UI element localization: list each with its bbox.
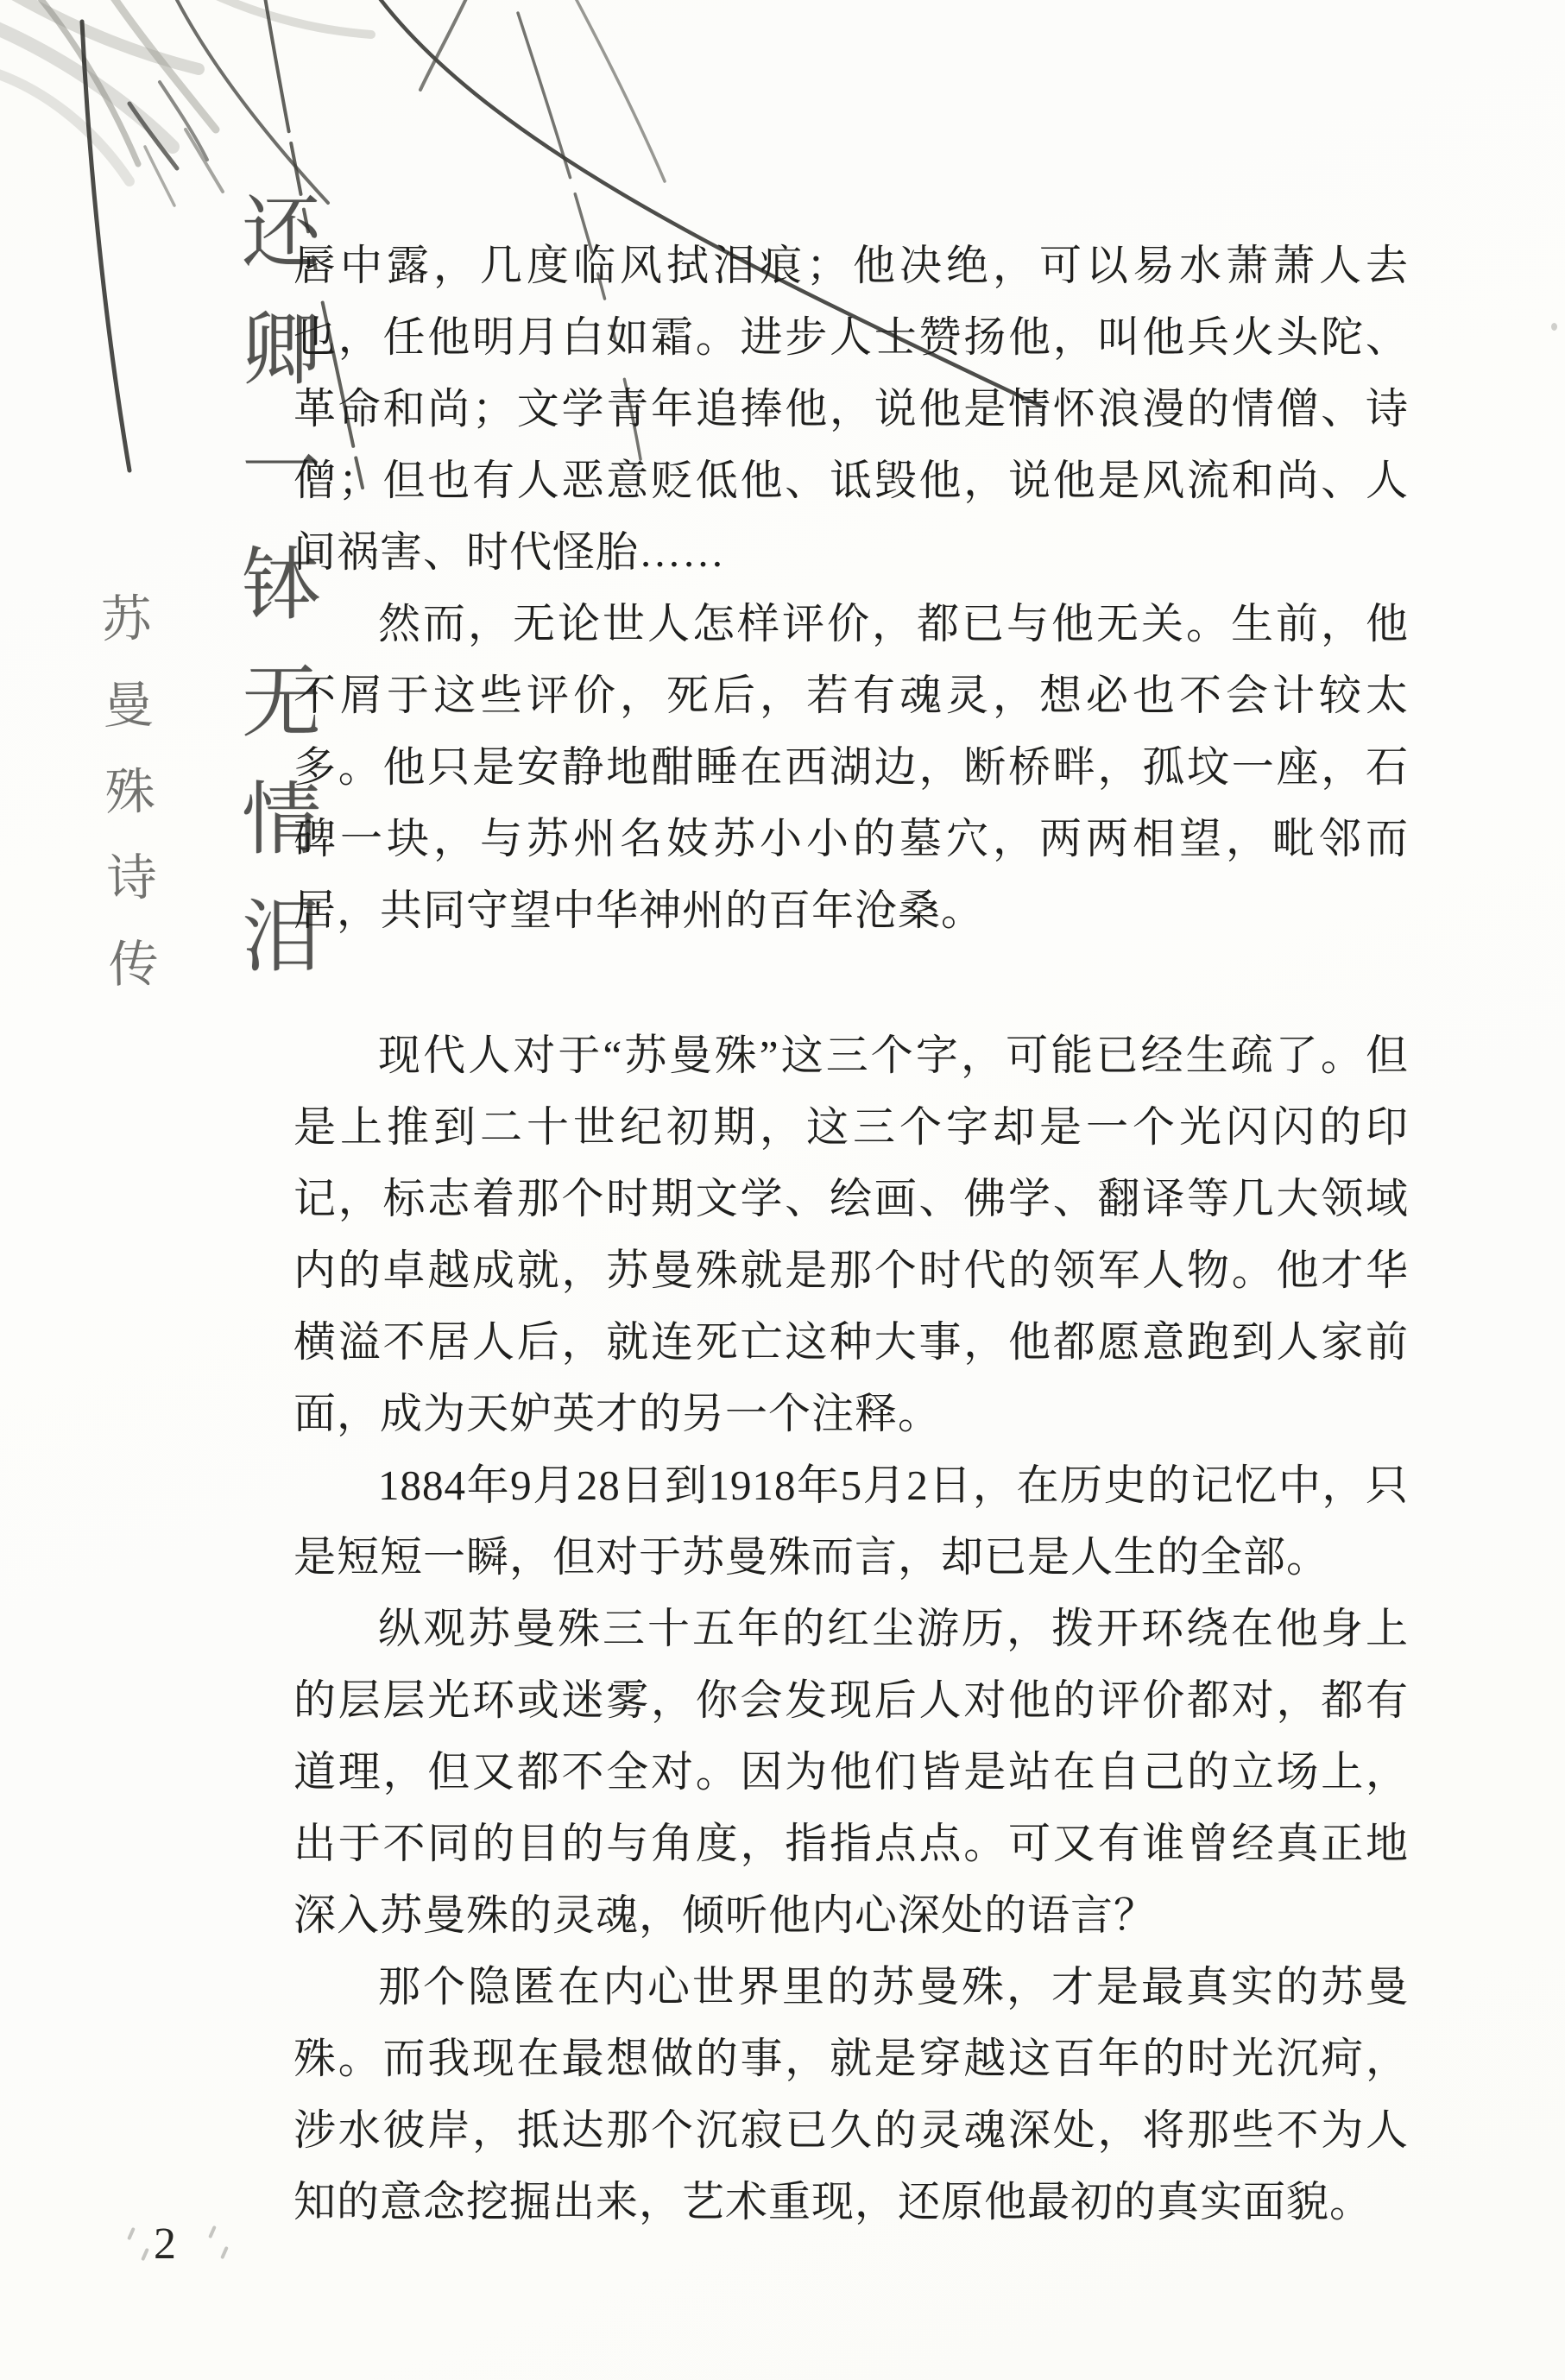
ink-fleck (220, 2246, 229, 2259)
ink-fleck (208, 2225, 217, 2238)
book-subtitle-calligraphy: 苏曼殊诗传 (82, 591, 168, 1025)
page-number: 2 (154, 2219, 176, 2270)
paragraph: 现代人对于“苏曼殊”这三个字，可能已经生疏了。但是上推到二十世纪初期，这三个字却… (293, 1020, 1409, 1449)
paragraph: 唇中露，几度临风拭泪痕；他决绝，可以易水萧萧人去也，任他明月白如霜。进步人士赞扬… (293, 230, 1409, 588)
paragraph: 那个隐匿在内心世界里的苏曼殊，才是最真实的苏曼殊。而我现在最想做的事，就是穿越这… (293, 1951, 1409, 2238)
book-page: 还卿一钵无情泪 苏曼殊诗传 唇中露，几度临风拭泪痕；他决绝，可以易水萧萧人去也，… (0, 0, 1565, 2380)
ink-fleck (141, 2248, 149, 2261)
paragraph: 纵观苏曼殊三十五年的红尘游历，拨开环绕在他身上的层层光环或迷雾，你会发现后人对他… (293, 1593, 1409, 1951)
body-text: 唇中露，几度临风拭泪痕；他决绝，可以易水萧萧人去也，任他明月白如霜。进步人士赞扬… (293, 230, 1409, 2238)
paragraph: 1884年9月28日到1918年5月2日，在历史的记忆中，只是短短一瞬，但对于苏… (293, 1449, 1409, 1593)
ink-fleck (127, 2227, 136, 2240)
ink-speck (1551, 323, 1557, 331)
paragraph: 然而，无论世人怎样评价，都已与他无关。生前，他不屑于这些评价，死后，若有魂灵，想… (293, 588, 1409, 946)
